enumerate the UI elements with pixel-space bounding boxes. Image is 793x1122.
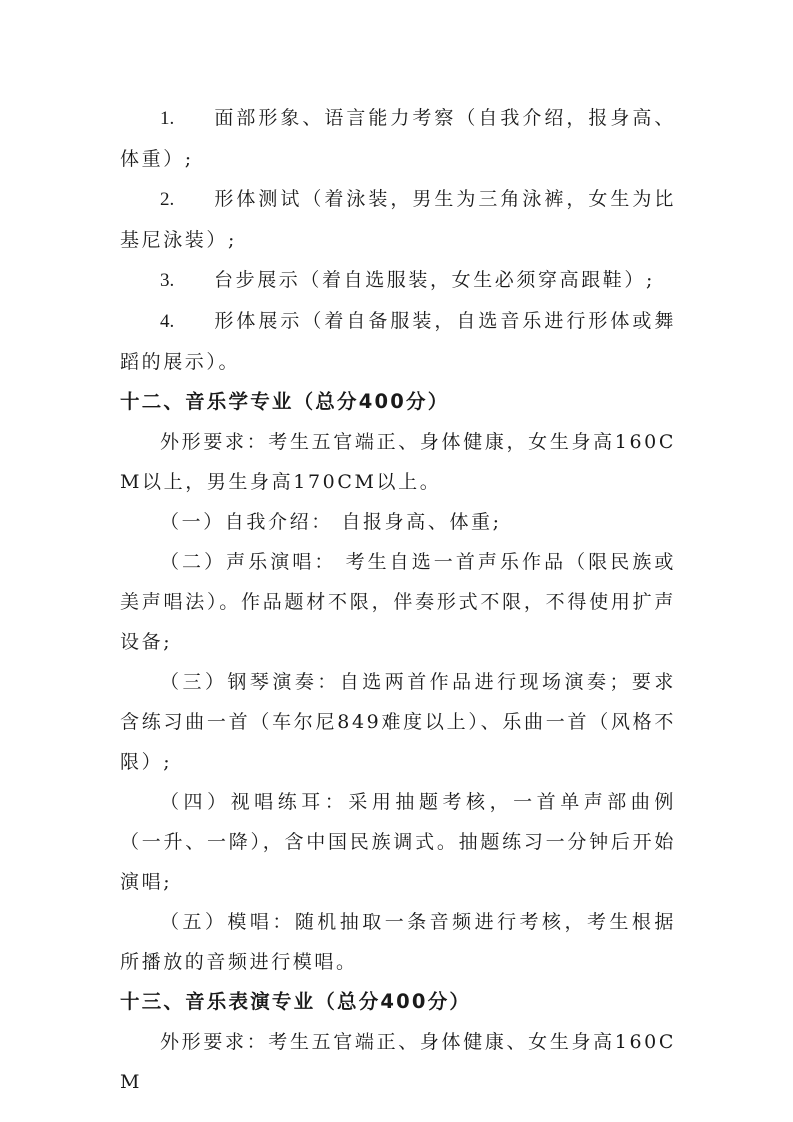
list-item-1: 1.面部形象、语言能力考察（自我介绍，报身高、体重）; [120,98,676,179]
appearance-requirement: 外形要求：考生五官端正、身体健康，女生身高160CM以上，男生身高170CM以上… [120,422,676,502]
exam-item-vocal: （二）声乐演唱： 考生自选一首声乐作品（限民族或美声唱法）。作品题材不限，伴奏形… [120,542,676,662]
list-number: 2. [160,180,214,220]
section-heading-music-performance: 十三、音乐表演专业（总分400分） [120,982,676,1022]
document-page: 1.面部形象、语言能力考察（自我介绍，报身高、体重）; 2.形体测试（着泳装，男… [0,0,793,1122]
list-item-4: 4.形体展示（着自备服装，自选音乐进行形体或舞蹈的展示）。 [120,301,676,382]
list-number: 1. [160,99,214,139]
section-heading-music-studies: 十二、音乐学专业（总分400分） [120,382,676,422]
list-number: 3. [160,261,214,301]
exam-item-piano: （三）钢琴演奏：自选两首作品进行现场演奏；要求含练习曲一首（车尔尼849难度以上… [120,662,676,782]
exam-item-self-intro: （一）自我介绍： 自报身高、体重; [120,502,676,542]
list-text: 台步展示（着自选服装，女生必须穿高跟鞋）; [214,269,655,291]
exam-item-sight-singing: （四）视唱练耳：采用抽题考核，一首单声部曲例（一升、一降），含中国民族调式。抽题… [120,782,676,902]
exam-item-imitation: （五）模唱：随机抽取一条音频进行考核，考生根据所播放的音频进行模唱。 [120,902,676,982]
appearance-requirement-performance: 外形要求：考生五官端正、身体健康、女生身高160CM [120,1022,676,1102]
document-body: 1.面部形象、语言能力考察（自我介绍，报身高、体重）; 2.形体测试（着泳装，男… [120,98,676,1102]
list-item-3: 3.台步展示（着自选服装，女生必须穿高跟鞋）; [120,260,676,301]
list-number: 4. [160,302,214,342]
list-item-2: 2.形体测试（着泳装，男生为三角泳裤，女生为比基尼泳装）; [120,179,676,260]
